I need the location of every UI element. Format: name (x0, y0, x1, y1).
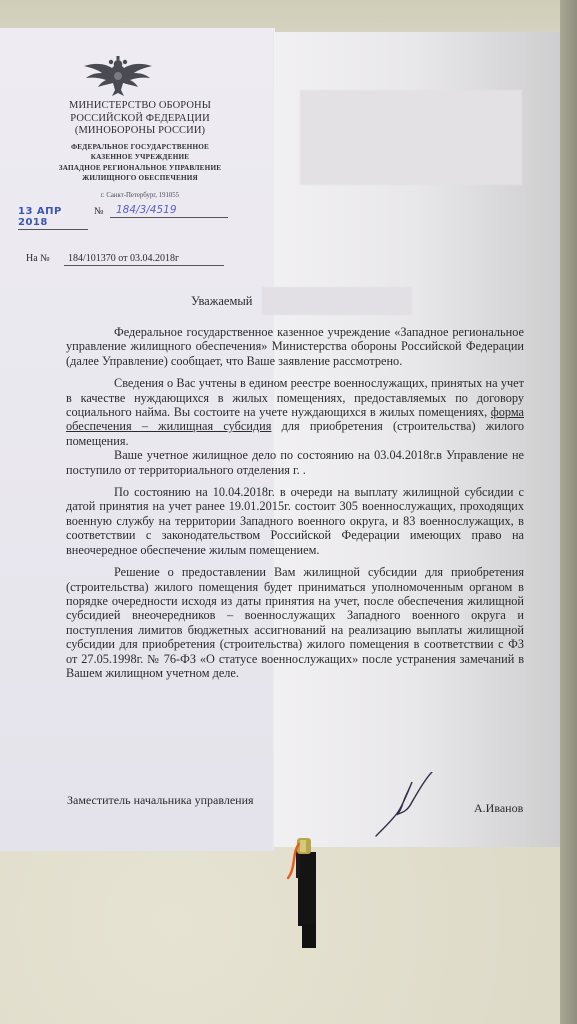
agency-name-line: КАЗЕННОЕ УЧРЕЖДЕНИЕ (40, 152, 240, 163)
handwritten-registration-number: 184/3/4519 (110, 204, 228, 218)
signer-title: Заместитель начальника управления (67, 793, 254, 808)
salutation: Уважаемый (191, 294, 252, 309)
paragraph-intro: Федеральное государственное казенное учр… (66, 325, 524, 368)
paragraph-text: Сведения о Вас учтены в едином реестре в… (66, 376, 524, 419)
paragraph-registry: Сведения о Вас учтены в едином реестре в… (66, 376, 524, 448)
city-address: г. Санкт-Петербург, 191055 (40, 192, 240, 199)
paragraph-housing-file: Ваше учетное жилищное дело по состоянию … (66, 448, 524, 477)
handwritten-signature-icon (372, 772, 442, 842)
letter-body: Федеральное государственное казенное учр… (66, 325, 524, 680)
letterhead: МИНИСТЕРСТВО ОБОРОНЫ РОССИЙСКОЙ ФЕДЕРАЦИ… (40, 100, 240, 199)
paragraph-queue-status: По состоянию на 10.04.2018г. в очереди н… (66, 485, 524, 557)
date-stamp: 13 АПР 2018 (18, 206, 88, 230)
wall-background-right (560, 0, 577, 1024)
reply-to-reference: 184/101370 от 03.04.2018г (64, 253, 224, 266)
double-headed-eagle-emblem-icon (82, 56, 154, 98)
agency-name-line: ЗАПАДНОЕ РЕГИОНАЛЬНОЕ УПРАВЛЕНИЕ (40, 163, 240, 174)
agency-name-line: ЖИЛИЩНОГО ОБЕСПЕЧЕНИЯ (40, 173, 240, 184)
ministry-name-line: РОССИЙСКОЙ ФЕДЕРАЦИИ (40, 113, 240, 126)
paragraph-decision: Решение о предоставлении Вам жилищной су… (66, 565, 524, 680)
signer-name: А.Иванов (474, 801, 523, 816)
redacted-recipient-name (262, 287, 412, 315)
reply-to-label: На № (26, 253, 50, 264)
agency-name-line: ФЕДЕРАЛЬНОЕ ГОСУДАРСТВЕННОЕ (40, 142, 240, 153)
ministry-name-line: (МИНОБОРОНЫ РОССИИ) (40, 125, 240, 138)
number-label: № (94, 206, 104, 217)
redacted-recipient-address (300, 90, 522, 185)
ministry-name-line: МИНИСТЕРСТВО ОБОРОНЫ (40, 100, 240, 113)
wall-clip-device-icon (286, 838, 326, 948)
